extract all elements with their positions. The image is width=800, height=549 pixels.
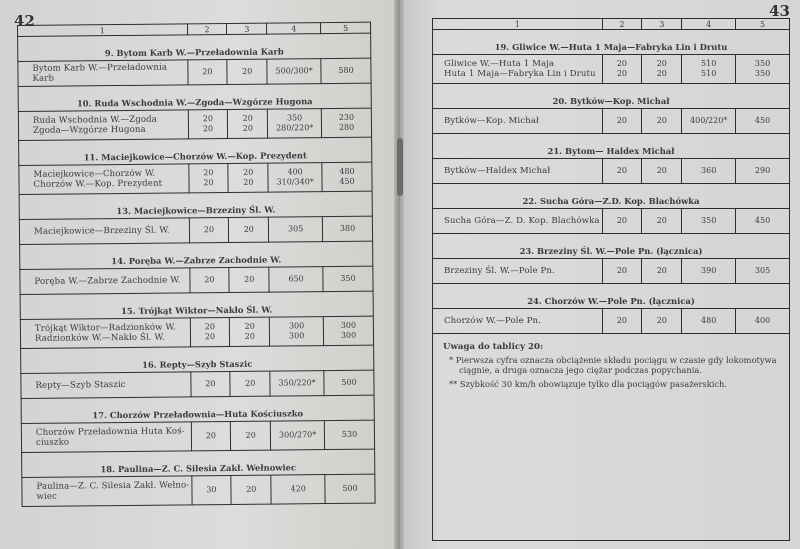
- value-cell-c5: 230280: [321, 108, 371, 137]
- value-cell-c4: 400/220*: [682, 109, 736, 134]
- value-cell-c3: 20: [229, 217, 269, 242]
- value-cell-c2: 2020: [602, 55, 642, 84]
- route-cell: Bytków—Haldex Michał: [433, 159, 603, 184]
- value-cell-c3: 2020: [642, 55, 682, 84]
- route-cell: Maciejkowice—Chorzów W.Chorzów W.—Kop. P…: [19, 164, 189, 195]
- value-cell-c5: 450: [736, 109, 790, 134]
- table-row: Brzeziny Śl. W.—Pole Pn.2020390305: [433, 259, 790, 284]
- table-row: Ruda Wschodnia W.—ZgodaZgoda—Wzgórze Hug…: [18, 108, 371, 140]
- value-line: 20: [642, 116, 681, 126]
- note-line: ** Szybkość 30 km/h obowiązuje tylko dla…: [443, 379, 779, 389]
- section-title: 15. Trójkąt Wiktor—Nakło Śl. W.: [20, 291, 373, 319]
- value-line: 300: [270, 321, 323, 332]
- value-cell-c2: 20: [602, 159, 642, 184]
- value-cell-c2: 20: [602, 209, 642, 234]
- route-line: Chorzów W.—Pole Pn.: [444, 316, 602, 326]
- value-cell-c5: 350: [323, 266, 373, 291]
- value-cell-c3: 2020: [228, 163, 268, 192]
- section-header-row: 14. Poręba W.—Zabrze Zachodnie W.: [20, 241, 373, 269]
- value-line: 20: [191, 379, 230, 389]
- route-cell: Bytków—Kop. Michał: [433, 109, 603, 134]
- value-cell-c5: 290: [736, 159, 790, 184]
- route-cell: Paulina—Z. C. Silesia Zakł. Wełno-wiec: [22, 476, 192, 507]
- value-line: 20: [603, 316, 642, 326]
- section-header-row: 16. Repty—Szyb Staszic: [21, 345, 374, 373]
- value-line: 300/270*: [271, 430, 324, 441]
- value-line: 20: [603, 59, 642, 69]
- section-title: 10. Ruda Wschodnia W.—Zgoda—Wzgórze Hugo…: [18, 83, 371, 111]
- value-cell-c5: 380: [322, 216, 372, 241]
- value-line: 280: [322, 123, 371, 133]
- value-line: 530: [325, 430, 374, 440]
- section-title: 18. Paulina—Z. C. Silesia Zakł. Wełnowie…: [22, 449, 375, 477]
- value-line: 350: [268, 113, 321, 124]
- section-header-row: 15. Trójkąt Wiktor—Nakło Śl. W.: [20, 291, 373, 319]
- value-line: 20: [642, 166, 681, 176]
- value-line: 500: [325, 378, 374, 388]
- route-line: Chorzów Przeładownia Huta Koś-: [36, 426, 191, 437]
- value-cell-c2: 20: [602, 259, 642, 284]
- section-header-row: 23. Brzeziny Śl. W.—Pole Pn. (łącznica): [433, 234, 790, 259]
- route-line: Bytków—Kop. Michał: [444, 116, 602, 126]
- value-cell-c3: 20: [231, 421, 271, 450]
- route-cell: Chorzów Przeładownia Huta Koś-ciuszko: [21, 422, 191, 453]
- value-cell-c4: 510510: [682, 55, 736, 84]
- value-line: 230: [322, 113, 371, 123]
- route-line: ciuszko: [36, 436, 191, 447]
- value-cell-c2: 2020: [190, 317, 230, 346]
- value-line: 20: [190, 322, 229, 332]
- value-cell-c5: 580: [321, 58, 371, 83]
- value-line: 400/220*: [682, 116, 735, 126]
- value-line: 580: [322, 66, 371, 76]
- value-line: 350: [736, 59, 789, 69]
- route-line: Repty—Szyb Staszic: [35, 379, 190, 390]
- value-cell-c3: 20: [642, 259, 682, 284]
- route-cell: Bytom Karb W.—Przeładownia Karb: [18, 60, 188, 87]
- value-line: 380: [323, 224, 372, 234]
- table-row: Bytom Karb W.—Przeładownia Karb2020500/3…: [18, 58, 371, 86]
- value-line: 20: [189, 168, 228, 178]
- value-line: 20: [188, 124, 227, 134]
- value-cell-c4: 500/300*: [267, 59, 321, 85]
- value-cell-c2: 20: [602, 309, 642, 334]
- value-cell-c4: 390: [682, 259, 736, 284]
- section-title: 16. Repty—Szyb Staszic: [21, 345, 374, 373]
- value-cell-c4: 350/220*: [270, 371, 324, 397]
- value-cell-c5: 500: [324, 370, 374, 395]
- left-page: 42 1 2 3 4 5 9. Bytom Karb W.—Przeładown…: [0, 0, 396, 549]
- column-header-row: 1 2 3 4 5: [433, 19, 790, 30]
- section-title: 9. Bytom Karb W.—Przeładownia Karb: [18, 33, 371, 61]
- value-line: 20: [229, 178, 268, 188]
- value-line: 510: [682, 59, 735, 69]
- value-cell-c5: 300300: [323, 316, 373, 345]
- route-line: Gliwice W.—Huta 1 Maja: [444, 59, 602, 69]
- section-title: 24. Chorzów W.—Pole Pn. (łącznica): [433, 284, 790, 309]
- section-title: 22. Sucha Góra—Z.D. Kop. Blachówka: [433, 184, 790, 209]
- column-header: 4: [682, 19, 736, 30]
- value-cell-c5: 350350: [736, 55, 790, 84]
- value-line: 20: [603, 166, 642, 176]
- section-header-row: 13. Maciejkowice—Brzeziny Śl. W.: [19, 191, 372, 219]
- value-line: 300: [324, 321, 373, 331]
- value-cell-c3: 2020: [228, 109, 268, 138]
- table-row: Poręba W.—Zabrze Zachodnie W.2020650350: [20, 266, 373, 294]
- value-line: 300: [270, 331, 323, 342]
- value-line: 500: [326, 484, 375, 494]
- value-line: 20: [232, 485, 271, 495]
- column-header: 3: [642, 19, 682, 30]
- load-table-left: 1 2 3 4 5 9. Bytom Karb W.—Przeładownia …: [17, 22, 376, 507]
- value-line: 20: [603, 116, 642, 126]
- value-cell-c4: 480: [682, 309, 736, 334]
- table-row: Paulina—Z. C. Silesia Zakł. Wełno-wiec30…: [22, 474, 375, 506]
- section-header-row: 22. Sucha Góra—Z.D. Kop. Blachówka: [433, 184, 790, 209]
- value-line: 20: [190, 275, 229, 285]
- route-cell: Trójkąt Wiktor—Radzionków W.Radzionków W…: [20, 318, 190, 349]
- column-header: 2: [187, 23, 227, 34]
- value-cell-c5: 450: [736, 209, 790, 234]
- value-line: 510: [682, 69, 735, 79]
- binding-stitch: [397, 138, 403, 196]
- value-line: 500/300*: [268, 66, 321, 77]
- value-cell-c3: 20: [642, 159, 682, 184]
- value-cell-c3: 2020: [230, 317, 270, 346]
- value-line: 20: [189, 178, 228, 188]
- value-line: 20: [229, 225, 268, 235]
- notes-row: Uwaga do tablicy 20: * Pierwsza cyfra oz…: [433, 334, 790, 541]
- section-header-row: 18. Paulina—Z. C. Silesia Zakł. Wełnowie…: [22, 449, 375, 477]
- route-cell: Brzeziny Śl. W.—Pole Pn.: [433, 259, 603, 284]
- section-title: 21. Bytom— Haldex Michał: [433, 134, 790, 159]
- section-header-row: 11. Maciejkowice—Chorzów W.—Kop. Prezyde…: [19, 137, 372, 165]
- value-line: 20: [228, 114, 267, 124]
- value-cell-c5: 480450: [322, 162, 372, 191]
- value-cell-c5: 530: [324, 420, 374, 449]
- table-row: Chorzów W.—Pole Pn.2020480400: [433, 309, 790, 334]
- value-line: 20: [190, 332, 229, 342]
- value-line: 30: [192, 485, 231, 495]
- value-cell-c5: 500: [325, 474, 375, 503]
- route-line: wiec: [36, 490, 191, 501]
- table-row: Sucha Góra—Z. D. Kop. Blachówka202035045…: [433, 209, 790, 234]
- route-cell: Ruda Wschodnia W.—ZgodaZgoda—Wzgórze Hug…: [18, 110, 188, 141]
- value-line: 390: [682, 266, 735, 276]
- table-row: Bytków—Haldex Michał2020360290: [433, 159, 790, 184]
- column-header: 2: [602, 19, 642, 30]
- column-header: 5: [736, 19, 790, 30]
- route-line: Bytków—Haldex Michał: [444, 166, 602, 176]
- route-line: Paulina—Z. C. Silesia Zakł. Wełno-: [36, 480, 191, 491]
- section-header-row: 20. Bytków—Kop. Michał: [433, 84, 790, 109]
- value-line: 20: [228, 124, 267, 134]
- value-line: 400: [736, 316, 789, 326]
- table-row: Trójkąt Wiktor—Radzionków W.Radzionków W…: [20, 316, 373, 348]
- route-cell: Sucha Góra—Z. D. Kop. Blachówka: [433, 209, 603, 234]
- value-line: 290: [736, 166, 789, 176]
- value-cell-c3: 20: [642, 309, 682, 334]
- route-line: Zgoda—Wzgórze Hugona: [33, 124, 188, 135]
- value-line: 20: [603, 216, 642, 226]
- section-title: 17. Chorzów Przeładownia—Huta Kościuszko: [21, 395, 374, 423]
- section-header-row: 10. Ruda Wschodnia W.—Zgoda—Wzgórze Hugo…: [18, 83, 371, 111]
- section-header-row: 19. Gliwice W.—Huta 1 Maja—Fabryka Lin i…: [433, 30, 790, 55]
- value-line: 350: [682, 216, 735, 226]
- value-line: 305: [269, 224, 322, 235]
- value-line: 450: [323, 177, 372, 187]
- value-line: 20: [230, 275, 269, 285]
- value-line: 310/340*: [269, 177, 322, 188]
- table-row: Maciejkowice—Brzeziny Śl. W.2020305380: [19, 216, 372, 244]
- route-line: Sucha Góra—Z. D. Kop. Blachówka: [444, 216, 602, 226]
- value-cell-c4: 300/270*: [271, 421, 325, 451]
- value-cell-c3: 20: [642, 109, 682, 134]
- section-title: 14. Poręba W.—Zabrze Zachodnie W.: [20, 241, 373, 269]
- value-line: 305: [736, 266, 789, 276]
- section-title: 13. Maciejkowice—Brzeziny Śl. W.: [19, 191, 372, 219]
- route-line: Poręba W.—Zabrze Zachodnie W.: [34, 275, 189, 286]
- value-line: 20: [642, 216, 681, 226]
- value-line: 20: [228, 67, 267, 77]
- value-line: 400: [269, 167, 322, 178]
- value-line: 280/220*: [268, 123, 321, 134]
- route-line: Chorzów W.—Kop. Prezydent: [33, 178, 188, 189]
- value-cell-c4: 650: [269, 267, 323, 293]
- column-header: 4: [267, 23, 321, 35]
- value-cell-c2: 20: [189, 217, 229, 242]
- section-header-row: 17. Chorzów Przeładownia—Huta Kościuszko: [21, 395, 374, 423]
- value-cell-c2: 20: [602, 109, 642, 134]
- value-line: 20: [230, 322, 269, 332]
- value-cell-c2: 30: [191, 475, 231, 504]
- table-row: Bytków—Kop. Michał2020400/220*450: [433, 109, 790, 134]
- value-line: 350/220*: [271, 378, 324, 389]
- value-line: 450: [736, 116, 789, 126]
- column-header: 1: [433, 19, 603, 30]
- route-cell: Poręba W.—Zabrze Zachodnie W.: [20, 268, 190, 295]
- section-title: 11. Maciejkowice—Chorzów W.—Kop. Prezyde…: [19, 137, 372, 165]
- section-header-row: 24. Chorzów W.—Pole Pn. (łącznica): [433, 284, 790, 309]
- value-line: 20: [230, 332, 269, 342]
- table-row: Maciejkowice—Chorzów W.Chorzów W.—Kop. P…: [19, 162, 372, 194]
- value-line: 420: [272, 484, 325, 495]
- notes-title: Uwaga do tablicy 20:: [443, 342, 779, 352]
- value-line: 20: [231, 379, 270, 389]
- value-cell-c2: 20: [191, 421, 231, 450]
- value-cell-c2: 20: [187, 59, 227, 84]
- route-cell: Gliwice W.—Huta 1 MajaHuta 1 Maja—Fabryk…: [433, 55, 603, 84]
- section-title: 23. Brzeziny Śl. W.—Pole Pn. (łącznica): [433, 234, 790, 259]
- table-row: Repty—Szyb Staszic2020350/220*500: [21, 370, 374, 398]
- route-line: Maciejkowice—Brzeziny Śl. W.: [34, 225, 189, 236]
- value-line: 20: [191, 431, 230, 441]
- table-row: Gliwice W.—Huta 1 MajaHuta 1 Maja—Fabryk…: [433, 55, 790, 84]
- section-title: 19. Gliwice W.—Huta 1 Maja—Fabryka Lin i…: [433, 30, 790, 55]
- value-line: 20: [642, 59, 681, 69]
- value-cell-c4: 360: [682, 159, 736, 184]
- value-cell-c3: 20: [231, 475, 271, 504]
- value-line: 480: [682, 316, 735, 326]
- value-cell-c4: 400310/340*: [268, 163, 322, 193]
- route-cell: Repty—Szyb Staszic: [21, 372, 191, 399]
- value-line: 20: [189, 225, 228, 235]
- value-cell-c4: 350280/220*: [268, 109, 322, 139]
- value-line: 480: [323, 167, 372, 177]
- value-cell-c4: 300300: [270, 317, 324, 347]
- value-line: 20: [642, 69, 681, 79]
- route-line: Radzionków W.—Nakło Śl. W.: [35, 332, 190, 343]
- value-cell-c4: 420: [271, 475, 325, 505]
- column-header: 3: [227, 23, 267, 34]
- value-cell-c4: 305: [269, 217, 323, 243]
- column-header: 5: [321, 22, 371, 33]
- value-cell-c4: 350: [682, 209, 736, 234]
- value-line: 20: [231, 431, 270, 441]
- notes-block: Uwaga do tablicy 20: * Pierwsza cyfra oz…: [433, 334, 790, 541]
- route-line: Huta 1 Maja—Fabryka Lin i Drutu: [444, 69, 602, 79]
- value-line: 360: [682, 166, 735, 176]
- section-header-row: 21. Bytom— Haldex Michał: [433, 134, 790, 159]
- value-cell-c3: 20: [230, 371, 270, 396]
- value-line: 20: [642, 316, 681, 326]
- value-line: 20: [188, 114, 227, 124]
- value-line: 350: [736, 69, 789, 79]
- value-line: 20: [642, 266, 681, 276]
- value-cell-c5: 305: [736, 259, 790, 284]
- value-cell-c2: 2020: [188, 163, 228, 192]
- value-line: 300: [324, 331, 373, 341]
- value-cell-c2: 20: [190, 371, 230, 396]
- value-cell-c3: 20: [227, 59, 267, 84]
- value-line: 450: [736, 216, 789, 226]
- route-line: Brzeziny Śl. W.—Pole Pn.: [444, 266, 602, 276]
- section-header-row: 9. Bytom Karb W.—Przeładownia Karb: [18, 33, 371, 61]
- value-cell-c3: 20: [642, 209, 682, 234]
- route-line: Bytom Karb W.—Przeładownia Karb: [32, 62, 187, 83]
- route-cell: Maciejkowice—Brzeziny Śl. W.: [19, 218, 189, 245]
- section-title: 20. Bytków—Kop. Michał: [433, 84, 790, 109]
- table-row: Chorzów Przeładownia Huta Koś-ciuszko202…: [21, 420, 374, 452]
- value-line: 20: [188, 67, 227, 77]
- value-cell-c2: 2020: [188, 109, 228, 138]
- value-line: 20: [603, 266, 642, 276]
- value-cell-c2: 20: [189, 267, 229, 292]
- right-page: 43 1 2 3 4 5 19. Gliwice W.—Huta 1 Maja—…: [404, 0, 800, 549]
- value-cell-c3: 20: [229, 267, 269, 292]
- value-cell-c5: 400: [736, 309, 790, 334]
- note-line: * Pierwsza cyfra oznacza obciążenie skła…: [443, 355, 779, 375]
- value-line: 350: [324, 274, 373, 284]
- route-cell: Chorzów W.—Pole Pn.: [433, 309, 603, 334]
- value-line: 650: [270, 274, 323, 285]
- value-line: 20: [229, 168, 268, 178]
- load-table-right: 1 2 3 4 5 19. Gliwice W.—Huta 1 Maja—Fab…: [432, 18, 790, 541]
- value-line: 20: [603, 69, 642, 79]
